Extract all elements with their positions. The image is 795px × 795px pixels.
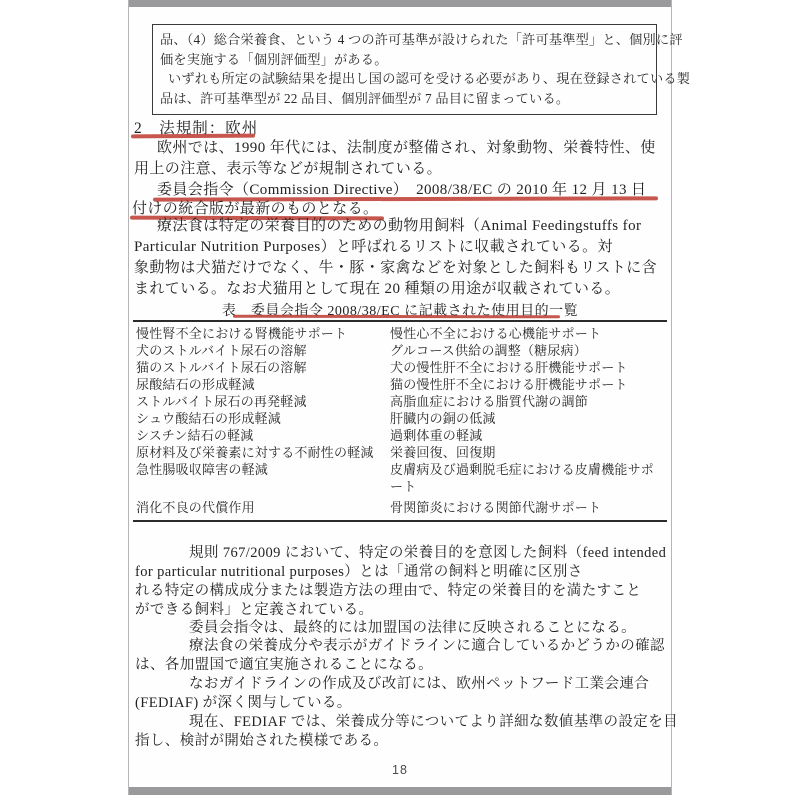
body-line: 委員会指令は、最終的には加盟国の法律に反映されることになる。 [189, 620, 636, 636]
cell-left: 慢性腎不全における腎機能サポート [133, 321, 390, 342]
red-underline-table-title [233, 315, 560, 319]
body-line: 現在、FEDIAF では、栄養成分等についてより詳細な数値基準の設定を目 [189, 714, 678, 730]
page-number: 18 [129, 763, 671, 777]
cell-left: 消化不良の代償作用 [133, 495, 390, 521]
cell-left: シュウ酸結石の形成軽減 [133, 410, 390, 427]
body-line: (FEDIAF) が深く関与している。 [135, 695, 352, 711]
body-line: 付けの統合版が最新のものとなる。 [132, 201, 378, 217]
table-row: 猫のストルバイト尿石の溶解 犬の慢性肝不全における肝機能サポート [133, 359, 667, 376]
body-line: 療法食の栄養成分や表示がガイドラインに適合しているかどうかの確認 [189, 638, 665, 654]
table-row: シスチン結石の軽減 過剰体重の軽減 [133, 427, 667, 444]
cell-left: 猫のストルバイト尿石の溶解 [133, 359, 390, 376]
cell-left: 急性腸吸収障害の軽減 [133, 461, 390, 495]
scan-edge-top [129, 0, 671, 7]
cell-left: シスチン結石の軽減 [133, 427, 390, 444]
body-line: 療法食は特定の栄養目的のための動物用飼料（Animal Feedingstuff… [157, 218, 641, 234]
cell-right: グルコース供給の調整（糖尿病） [390, 342, 667, 359]
scan-edge-bottom [129, 787, 671, 795]
cell-left: 尿酸結石の形成軽減 [133, 376, 390, 393]
cell-right: 犬の慢性肝不全における肝機能サポート [390, 359, 667, 376]
document-scan: 品、（4）総合栄養食、という 4 つの許可基準が設けられた「許可基準型」と、個別… [0, 0, 795, 795]
body-line: 指し、検討が開始された模様である。 [135, 733, 388, 749]
body-line: まれている。なお犬猫用として現在 20 種類の用途が収載されている。 [134, 281, 620, 297]
body-line: 用上の注意、表示等などが規制されている。 [134, 161, 442, 177]
cell-left: ストルバイト尿石の再発軽減 [133, 393, 390, 410]
table-row: 急性腸吸収障害の軽減 皮膚病及び過剰脱毛症における皮膚機能サポート [133, 461, 667, 495]
cell-right: 過剰体重の軽減 [390, 427, 667, 444]
note-line: いずれも所定の試験結果を提出し国の認可を受ける必要があり、現在登録されている製 [160, 69, 649, 89]
table-row: 慢性腎不全における腎機能サポート 慢性心不全における心機能サポート [133, 321, 667, 342]
table-row: シュウ酸結石の形成軽減 肝臓内の銅の低減 [133, 410, 667, 427]
body-line: Particular Nutrition Purposes）と呼ばれるリストに収… [134, 239, 613, 255]
cell-right: 肝臓内の銅の低減 [390, 410, 667, 427]
table-row: 原材料及び栄養素に対する不耐性の軽減 栄養回復、回復期 [133, 444, 667, 461]
purpose-table: 慢性腎不全における腎機能サポート 慢性心不全における心機能サポート 犬のストルバ… [133, 320, 667, 522]
table-row: 消化不良の代償作用 骨関節炎における関節代謝サポート [133, 495, 667, 521]
table-row: 犬のストルバイト尿石の溶解 グルコース供給の調整（糖尿病） [133, 342, 667, 359]
red-underline-heading [131, 134, 255, 138]
note-line: 品、（4）総合栄養食、という 4 つの許可基準が設けられた「許可基準型」と、個別… [160, 30, 649, 50]
body-line: 欧州では、1990 年代には、法制度が整備され、対象動物、栄養特性、使 [157, 140, 656, 156]
cell-right: 猫の慢性肝不全における肝機能サポート [390, 376, 667, 393]
note-line: 品は、許可基準型が 22 品目、個別評価型が 7 品目に留まっている。 [160, 89, 649, 109]
table-row: ストルバイト尿石の再発軽減 高脂血症における脂質代謝の調節 [133, 393, 667, 410]
table-row: 尿酸結石の形成軽減 猫の慢性肝不全における肝機能サポート [133, 376, 667, 393]
body-line: は、各加盟国で適宜実施されることになる。 [135, 657, 433, 673]
cell-right: 骨関節炎における関節代謝サポート [390, 495, 667, 521]
cell-left: 原材料及び栄養素に対する不耐性の軽減 [133, 444, 390, 461]
body-line: なおガイドラインの作成及び改訂には、欧州ペットフード工業会連合 [189, 676, 649, 692]
body-line: for particular nutritional purposes）とは「通… [135, 564, 583, 580]
boxed-note: 品、（4）総合栄養食、という 4 つの許可基準が設けられた「許可基準型」と、個別… [152, 24, 657, 115]
cell-left: 犬のストルバイト尿石の溶解 [133, 342, 390, 359]
cell-right: 慢性心不全における心機能サポート [390, 321, 667, 342]
cell-right: 栄養回復、回復期 [390, 444, 667, 461]
cell-right: 皮膚病及び過剰脱毛症における皮膚機能サポート [390, 461, 667, 495]
body-line: れる特定の構成成分または製造方法の理由で、特定の栄養目的を満たすこと [135, 583, 641, 599]
cell-right: 高脂血症における脂質代謝の調節 [390, 393, 667, 410]
page: 品、（4）総合栄養食、という 4 つの許可基準が設けられた「許可基準型」と、個別… [128, 0, 672, 795]
body-line: 規則 767/2009 において、特定の栄養目的を意図した飼料（feed int… [189, 545, 666, 561]
body-line: 象動物は犬猫だけでなく、牛・豚・家禽などを対象とした飼料もリストに含 [134, 260, 657, 276]
body-line: ができる飼料」と定義されている。 [135, 602, 373, 618]
note-line: 価を実施する「個別評価型」がある。 [160, 50, 649, 70]
